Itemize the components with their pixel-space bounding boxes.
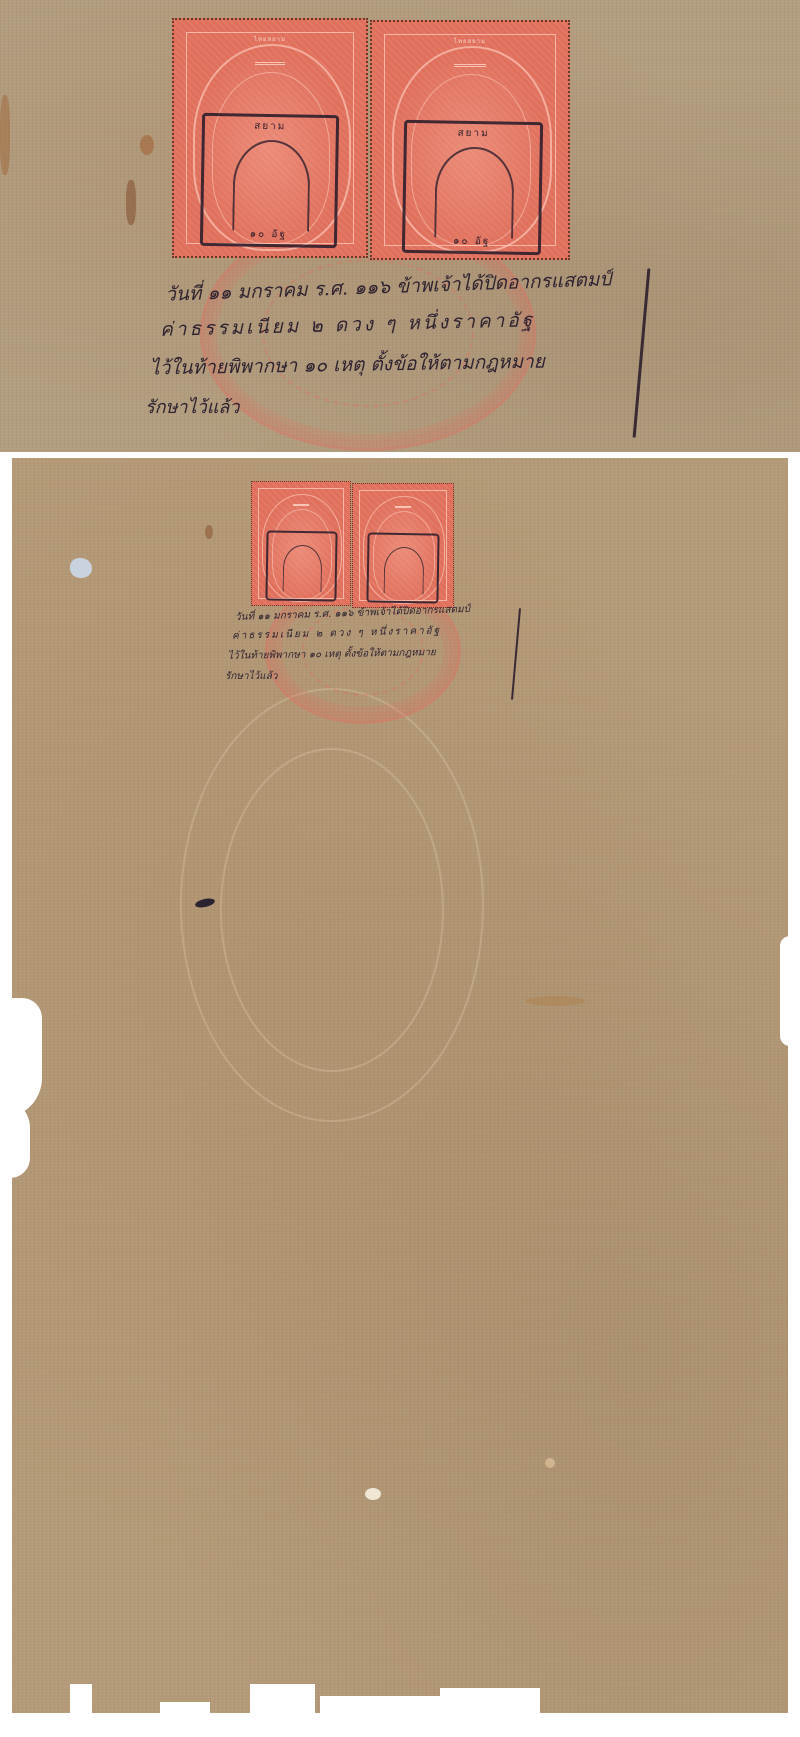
overprint-arch [383,547,424,595]
handstamp-overprint: สยาม ๑๐ อัฐ [402,120,544,256]
torn-edge-bottom [160,1702,210,1732]
overprint-top-text: สยาม [205,118,336,135]
crown-icon [395,499,411,508]
paper-watermark-inner [220,748,444,1072]
rust-stain [0,95,10,175]
signature-stroke [633,268,651,438]
crown-icon [454,50,485,67]
document-detail-view: ไทยสยาม สยาม ๑๐ อัฐ ไทยสยาม สยาม ๑๐ อัฐ … [0,0,800,452]
paper-hole [70,558,92,578]
rust-stain [126,180,136,225]
rust-stain [140,135,154,155]
overprint-value: ๑๐ อัฐ [203,227,334,244]
crown-icon [255,48,286,65]
revenue-stamp-left: ไทยสยาม สยาม ๑๐ อัฐ [172,18,368,258]
crown-icon [293,497,309,506]
overprint-arch [232,140,311,233]
torn-edge-bottom [70,1684,92,1724]
handstamp-overprint: สยาม ๑๐ อัฐ [200,113,339,249]
stamp-legend: ไทยสยาม [174,34,366,44]
torn-edge-bottom [440,1688,540,1728]
torn-edge-right [788,458,798,1728]
torn-edge-bottom [320,1696,440,1726]
white-scuff [545,1458,555,1468]
handstamp-overprint [366,533,439,605]
overprint-value: ๑๐ อัฐ [405,233,539,250]
overprint-arch [282,545,322,593]
revenue-stamp-right [352,483,454,608]
torn-edge-bottom [250,1684,315,1724]
endorsement-line-4: รักษาไว้แล้ว [145,392,239,421]
stamp-legend: ไทยสยาม [372,36,568,46]
document-full-page: วันที่ ๑๑ มกราคม ร.ศ. ๑๑๖ ข้าพเจ้าได้ปิด… [10,458,795,1728]
revenue-stamp-right: ไทยสยาม สยาม ๑๐ อัฐ [370,20,570,260]
handstamp-overprint [265,531,337,603]
rust-stain [525,996,585,1006]
overprint-arch [435,146,515,239]
rust-stain [205,525,213,539]
signature-stroke [511,608,521,700]
torn-edge-right [780,936,800,1046]
white-scuff [365,1488,381,1500]
endorsement-line-4: รักษาไว้แล้ว [225,669,277,684]
revenue-stamp-left [251,481,351,606]
overprint-top-text: สยาม [407,125,541,142]
